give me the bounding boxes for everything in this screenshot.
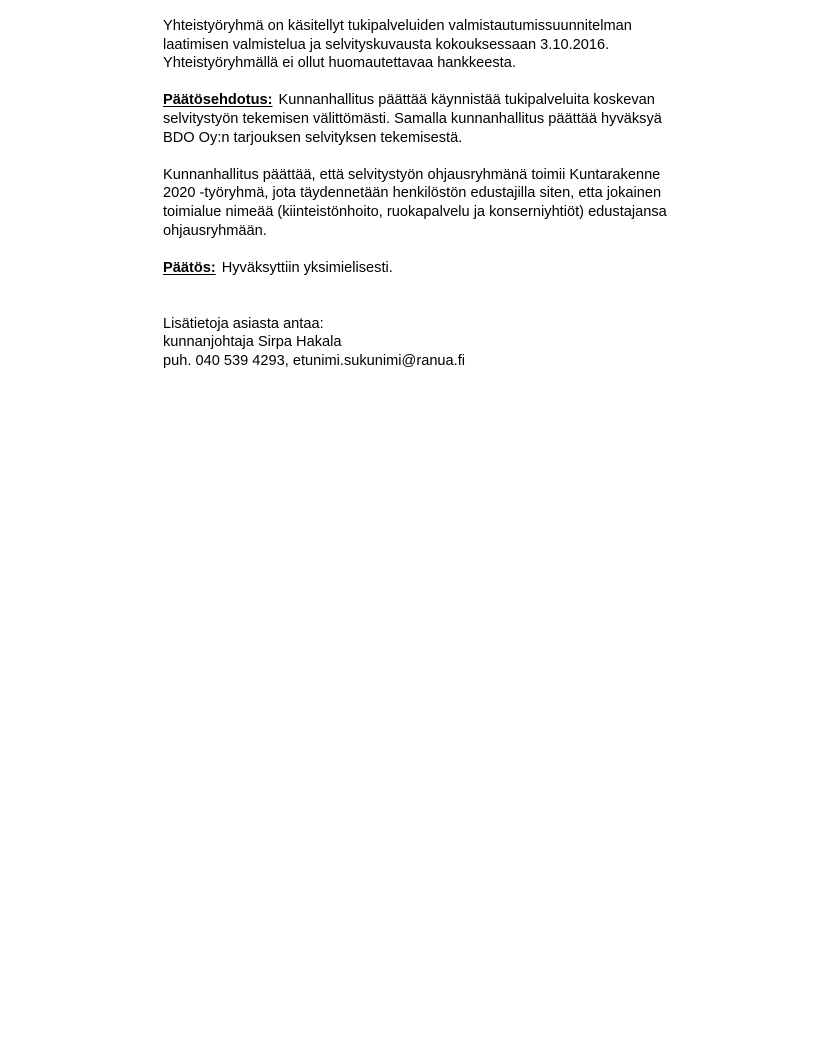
contact-block: Lisätietoja asiasta antaa: kunnanjohtaja… bbox=[163, 315, 733, 371]
contact-details: puh. 040 539 4293, etunimi.sukunimi@ranu… bbox=[163, 352, 733, 371]
intro-paragraph: Yhteistyöryhmä on käsitellyt tukipalvelu… bbox=[163, 17, 733, 73]
proposal-line: selvitystyön tekemisen välittömästi. Sam… bbox=[163, 110, 733, 129]
steering-group-paragraph: Kunnanhallitus päättää, että selvitystyö… bbox=[163, 166, 733, 240]
proposal-label: Päätösehdotus: bbox=[163, 92, 272, 108]
steering-group-line: ohjausryhmään. bbox=[163, 222, 733, 241]
decision-label: Päätös: bbox=[163, 260, 216, 276]
decision-line: Päätös:Hyväksyttiin yksimielisesti. bbox=[163, 259, 733, 278]
spacer bbox=[163, 296, 733, 315]
proposal-first-line: Päätösehdotus:Kunnanhallitus päättää käy… bbox=[163, 91, 733, 110]
proposal-line: Kunnanhallitus päättää käynnistää tukipa… bbox=[278, 92, 654, 108]
steering-group-line: 2020 -työryhmä, jota täydennetään henkil… bbox=[163, 184, 733, 203]
decision-text: Hyväksyttiin yksimielisesti. bbox=[222, 260, 393, 276]
intro-line: laatimisen valmistelua ja selvityskuvaus… bbox=[163, 36, 733, 55]
proposal-paragraph: Päätösehdotus:Kunnanhallitus päättää käy… bbox=[163, 91, 733, 147]
contact-heading: Lisätietoja asiasta antaa: bbox=[163, 315, 733, 334]
contact-person: kunnanjohtaja Sirpa Hakala bbox=[163, 333, 733, 352]
intro-line: Yhteistyöryhmä on käsitellyt tukipalvelu… bbox=[163, 17, 733, 36]
steering-group-line: toimialue nimeää (kiinteistönhoito, ruok… bbox=[163, 203, 733, 222]
intro-line: Yhteistyöryhmällä ei ollut huomautettava… bbox=[163, 54, 733, 73]
decision-paragraph: Päätös:Hyväksyttiin yksimielisesti. bbox=[163, 259, 733, 278]
document-page: Yhteistyöryhmä on käsitellyt tukipalvelu… bbox=[163, 17, 733, 389]
proposal-line: BDO Oy:n tarjouksen selvityksen tekemise… bbox=[163, 129, 733, 148]
steering-group-line: Kunnanhallitus päättää, että selvitystyö… bbox=[163, 166, 733, 185]
